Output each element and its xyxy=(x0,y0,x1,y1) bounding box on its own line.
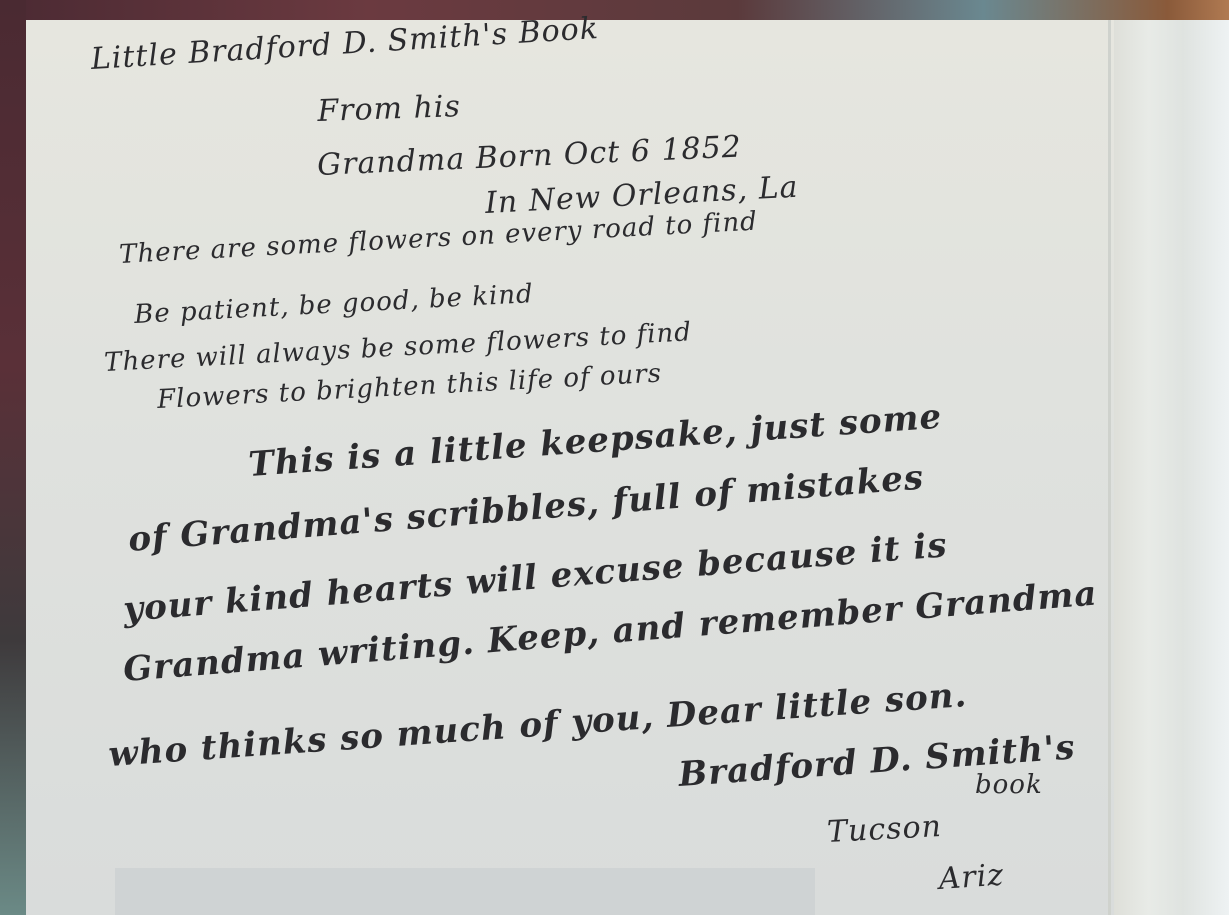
from-line: From his xyxy=(317,89,462,129)
background-fabric-left xyxy=(0,0,26,915)
page-fold-line xyxy=(1108,20,1111,915)
signature-book: book xyxy=(975,770,1043,800)
signature-state: Ariz xyxy=(938,858,1006,897)
page-fold xyxy=(1114,20,1229,915)
background-fabric-top xyxy=(0,0,1229,22)
page-bottom-shadow xyxy=(115,868,815,915)
signature-city: Tucson xyxy=(826,809,943,850)
